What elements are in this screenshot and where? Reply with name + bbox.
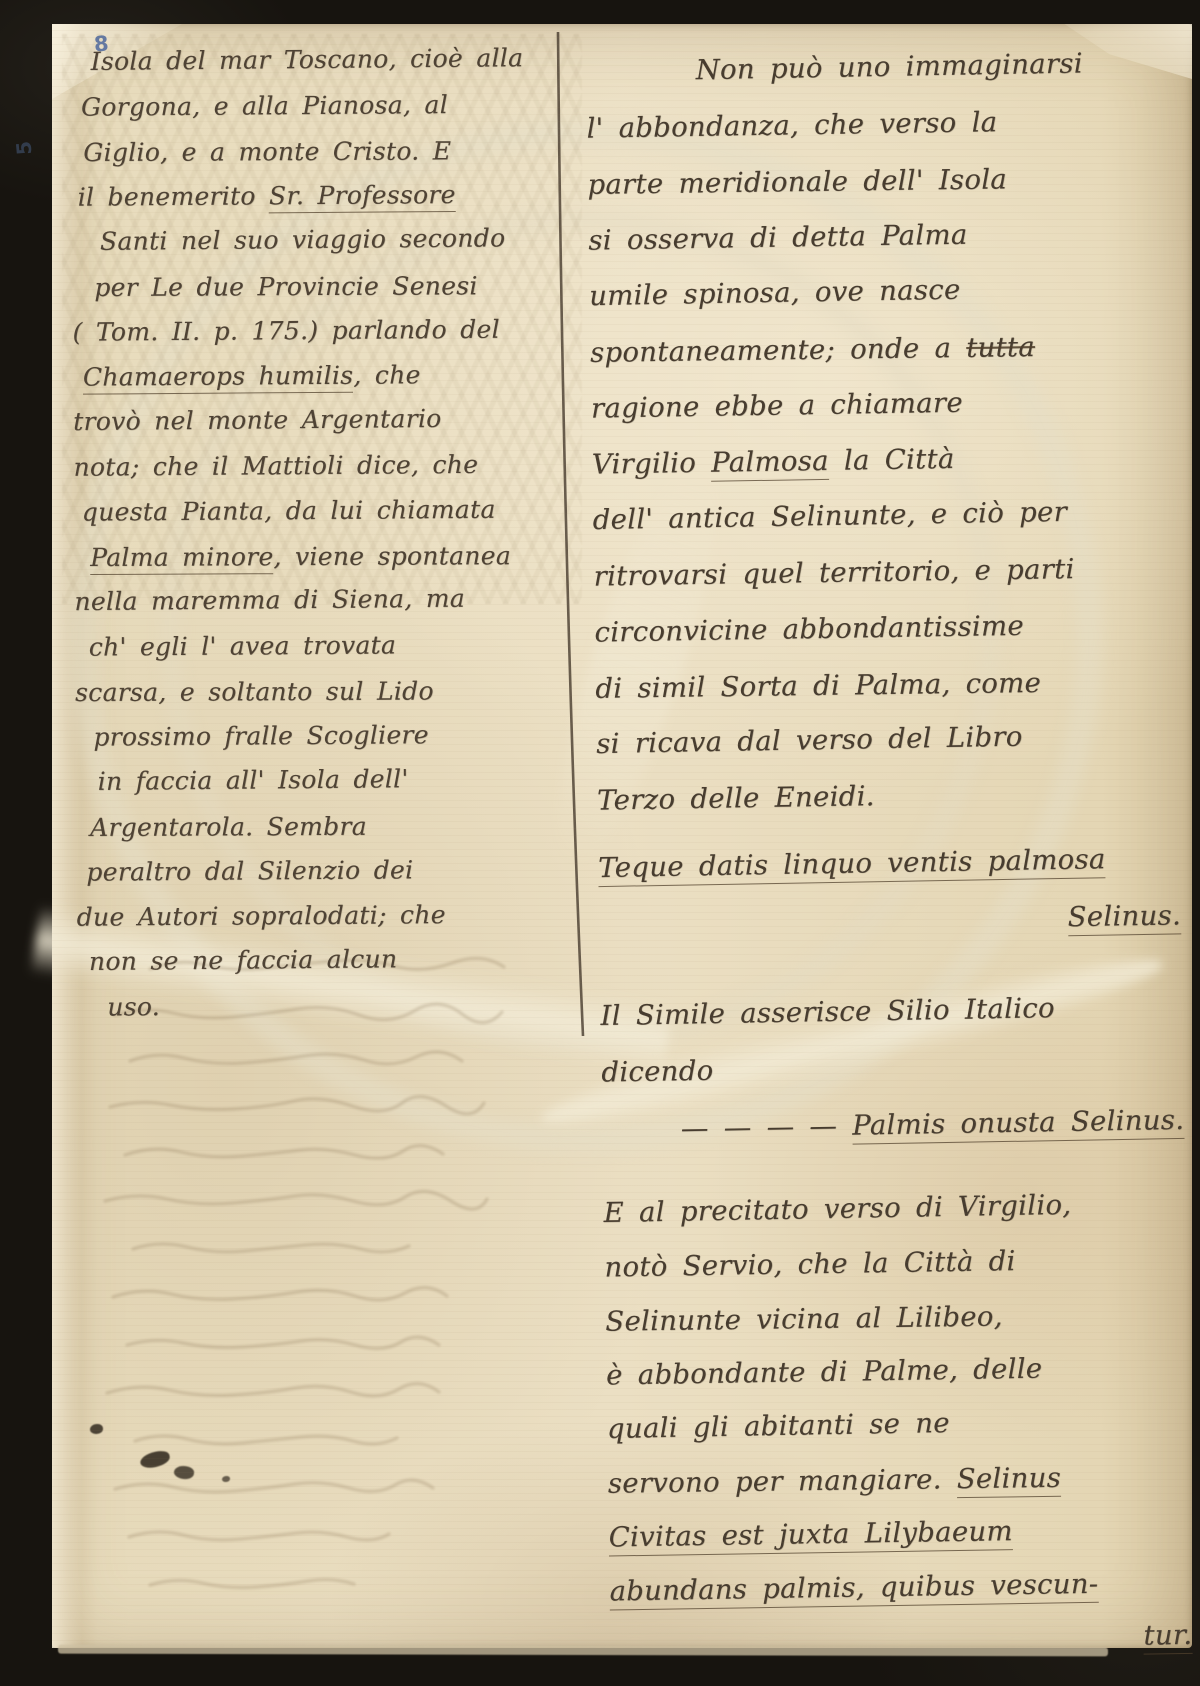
manuscript-line: l' abbondanza, che verso la bbox=[586, 92, 1169, 157]
scan-background: 8 5 Isola del mar Toscano, cioè allaGorg… bbox=[0, 0, 1200, 1686]
text-segment: ch' egli l' avea trovata bbox=[89, 630, 397, 661]
text-segment: Argentarola. Sembra bbox=[90, 812, 367, 842]
text-segment: circonvicine abbondantissime bbox=[594, 610, 1024, 649]
text-segment: tur. bbox=[1143, 1619, 1192, 1655]
text-segment: Selinus. bbox=[1067, 899, 1181, 936]
text-segment: — — — — bbox=[681, 1110, 853, 1145]
paragraph: Il Simile asserisce Silio Italicodicendo bbox=[600, 979, 1184, 1100]
ink-blot bbox=[90, 1424, 103, 1434]
manuscript-line: parte meridionale dell' Isola bbox=[587, 149, 1170, 213]
manuscript-line: Selinus. bbox=[599, 887, 1182, 952]
text-segment: Palma minore bbox=[90, 542, 273, 575]
manuscript-line: si ricava dal verso del Libro bbox=[596, 706, 1179, 772]
edge-number-mark: 5 bbox=[11, 140, 36, 156]
text-segment: parte meridionale dell' Isola bbox=[587, 163, 1007, 200]
manuscript-line: per Le due Provincie Senesi bbox=[72, 263, 558, 310]
text-segment: Isola del mar Toscano, cioè alla bbox=[91, 43, 524, 76]
text-segment: Palmis onusta Selinus. bbox=[852, 1104, 1185, 1145]
text-segment: non se ne faccia alcun bbox=[89, 944, 398, 976]
manuscript-line: nota; che il Mattioli dice, che bbox=[73, 441, 559, 489]
text-segment: Selinus bbox=[957, 1462, 1062, 1498]
manuscript-line: non se ne faccia alcun bbox=[77, 935, 563, 984]
text-segment: in faccia all' Isola dell' bbox=[98, 764, 409, 796]
manuscript-line: Giglio, e a monte Cristo. E bbox=[71, 128, 557, 175]
manuscript-line: ritrovarsi quel territorio, e parti bbox=[593, 539, 1176, 604]
manuscript-line: E al precitato verso di Virgilio, bbox=[603, 1176, 1186, 1240]
manuscript-line: nella maremma di Siena, ma bbox=[74, 575, 560, 624]
text-segment: E al precitato verso di Virgilio, bbox=[603, 1189, 1071, 1229]
text-segment: , che bbox=[353, 360, 420, 389]
text-segment: dell' antica Selinunte, e ciò per bbox=[592, 496, 1067, 536]
text-segment: ritrovarsi quel territorio, e parti bbox=[593, 553, 1075, 593]
manuscript-line: Non può uno immaginarsi bbox=[585, 34, 1168, 100]
manuscript-line: tur. bbox=[610, 1608, 1193, 1672]
manuscript-line: Santi nel suo viaggio secondo bbox=[72, 215, 558, 264]
text-segment: spontaneamente; onde a bbox=[590, 332, 967, 369]
text-segment: questa Pianta, da lui chiamata bbox=[82, 495, 496, 527]
text-segment: Giglio, e a monte Cristo. E bbox=[83, 136, 451, 167]
manuscript-line: spontaneamente; onde a tutta bbox=[590, 317, 1173, 381]
ink-blot bbox=[173, 1465, 195, 1481]
manuscript-line: in faccia all' Isola dell' bbox=[76, 755, 562, 804]
paragraph: — — — — Palmis onusta Selinus. bbox=[602, 1093, 1185, 1158]
manuscript-line: Palma minore, viene spontanea bbox=[74, 533, 560, 580]
ink-blot bbox=[222, 1476, 230, 1482]
paragraph: Non può uno immaginarsil' abbondanza, ch… bbox=[585, 36, 1179, 829]
bleedthrough-ghost-writing bbox=[55, 939, 615, 1659]
manuscript-line: questa Pianta, da lui chiamata bbox=[74, 486, 560, 534]
text-segment: umile spinosa, ove nasce bbox=[589, 274, 961, 312]
text-segment: notò Servio, che la Città di bbox=[604, 1245, 1016, 1283]
manuscript-line: uso. bbox=[77, 981, 563, 1029]
manuscript-line: ragione ebbe a chiamare bbox=[591, 371, 1174, 436]
manuscript-line: Argentarola. Sembra bbox=[76, 803, 562, 850]
manuscript-line: circonvicine abbondantissime bbox=[594, 595, 1177, 660]
manuscript-line: ( Tom. II. p. 175.) parlando del bbox=[72, 306, 558, 354]
text-segment: peraltro dal Silenzio dei bbox=[86, 855, 413, 886]
text-segment: trovò nel monte Argentario bbox=[73, 404, 442, 436]
text-segment: Civitas est juxta Lilybaeum bbox=[608, 1515, 1013, 1556]
text-segment: , viene spontanea bbox=[273, 541, 511, 571]
text-segment: prossimo fralle Scogliere bbox=[93, 720, 429, 751]
manuscript-line: servono per mangiare. Selinus bbox=[608, 1449, 1191, 1511]
manuscript-line: Il Simile asserisce Silio Italico bbox=[600, 978, 1183, 1044]
manuscript-line: il benemerito Sr. Professore bbox=[71, 171, 557, 219]
manuscript-line: trovò nel monte Argentario bbox=[73, 395, 559, 444]
manuscript-line: due Autori sopralodati; che bbox=[77, 891, 563, 939]
manuscript-page: 8 5 Isola del mar Toscano, cioè allaGorg… bbox=[52, 24, 1192, 1648]
text-segment: si ricava dal verso del Libro bbox=[596, 721, 1023, 760]
text-segment: Gorgona, e alla Pianosa, al bbox=[81, 90, 448, 122]
text-segment: di simil Sorta di Palma, come bbox=[595, 667, 1041, 705]
manuscript-line: scarsa, e soltanto sul Lido bbox=[75, 668, 561, 715]
ink-blot bbox=[139, 1449, 171, 1470]
right-column: Non può uno immaginarsil' abbondanza, ch… bbox=[585, 36, 1192, 1673]
text-segment: Non può uno immaginarsi bbox=[695, 48, 1083, 87]
text-segment: si osserva di detta Palma bbox=[588, 219, 968, 257]
text-segment: ragione ebbe a chiamare bbox=[591, 387, 963, 425]
text-segment: il benemerito bbox=[78, 181, 270, 211]
text-segment: abundans palmis, quibus vescun- bbox=[609, 1568, 1098, 1611]
text-segment: per Le due Provincie Senesi bbox=[94, 271, 478, 302]
text-segment: ( Tom. II. p. 175.) parlando del bbox=[72, 315, 499, 347]
text-segment: Sr. Professore bbox=[269, 180, 456, 213]
text-segment: Chamaerops humilis bbox=[83, 361, 354, 395]
manuscript-line: Gorgona, e alla Pianosa, al bbox=[71, 81, 557, 129]
text-segment: Palmosa bbox=[711, 445, 829, 482]
text-segment: uso. bbox=[107, 992, 160, 1021]
text-segment: quali gli abitanti se ne bbox=[607, 1407, 950, 1445]
manuscript-line: Chamaerops humilis, che bbox=[73, 351, 559, 399]
text-segment: scarsa, e soltanto sul Lido bbox=[75, 676, 434, 707]
manuscript-line: Teque datis linquo ventis palmosa bbox=[598, 830, 1181, 896]
text-segment: nella maremma di Siena, ma bbox=[74, 584, 465, 616]
manuscript-line: umile spinosa, ove nasce bbox=[589, 258, 1172, 324]
manuscript-line: dell' antica Selinunte, e ciò per bbox=[592, 482, 1175, 548]
text-segment: la Città bbox=[829, 443, 955, 477]
paragraph: Isola del mar Toscano, cioè allaGorgona,… bbox=[71, 36, 564, 1029]
text-segment: nota; che il Mattioli dice, che bbox=[73, 450, 478, 482]
manuscript-line: peraltro dal Silenzio dei bbox=[76, 846, 562, 894]
manuscript-line: Civitas est juxta Lilybaeum bbox=[608, 1501, 1191, 1564]
manuscript-line: Terzo delle Eneidi. bbox=[597, 763, 1180, 828]
manuscript-line: dicendo bbox=[601, 1035, 1184, 1100]
text-segment: Selinunte vicina al Lilibeo, bbox=[605, 1301, 1003, 1338]
text-segment: Santi nel suo viaggio secondo bbox=[100, 223, 506, 256]
text-segment: Teque datis linquo ventis palmosa bbox=[598, 843, 1106, 887]
text-segment: è abbondante di Palme, delle bbox=[606, 1353, 1043, 1392]
left-column: Isola del mar Toscano, cioè allaGorgona,… bbox=[71, 36, 564, 1029]
manuscript-line: prossimo fralle Scogliere bbox=[75, 711, 561, 759]
manuscript-line: — — — — Palmis onusta Selinus. bbox=[602, 1092, 1185, 1158]
text-segment: Virgilio bbox=[592, 447, 712, 481]
text-segment: Il Simile asserisce Silio Italico bbox=[600, 992, 1055, 1032]
text-segment: Terzo delle Eneidi. bbox=[597, 780, 875, 816]
text-segment: dicendo bbox=[601, 1055, 714, 1089]
manuscript-line: Isola del mar Toscano, cioè alla bbox=[71, 35, 557, 84]
manuscript-line: notò Servio, che la Città di bbox=[604, 1231, 1187, 1294]
text-segment: tutta bbox=[966, 331, 1035, 364]
paragraph: E al precitato verso di Virgilio,notò Se… bbox=[603, 1177, 1193, 1672]
text-segment: l' abbondanza, che verso la bbox=[586, 106, 997, 144]
text-segment: due Autori sopralodati; che bbox=[77, 900, 446, 932]
manuscript-line: quali gli abitanti se ne bbox=[607, 1392, 1190, 1456]
paragraph: Teque datis linquo ventis palmosaSelinus… bbox=[598, 831, 1182, 952]
text-segment: servono per mangiare. bbox=[608, 1463, 957, 1500]
manuscript-line: ch' egli l' avea trovata bbox=[75, 621, 561, 669]
manuscript-line: Selinunte vicina al Lilibeo, bbox=[605, 1287, 1188, 1349]
